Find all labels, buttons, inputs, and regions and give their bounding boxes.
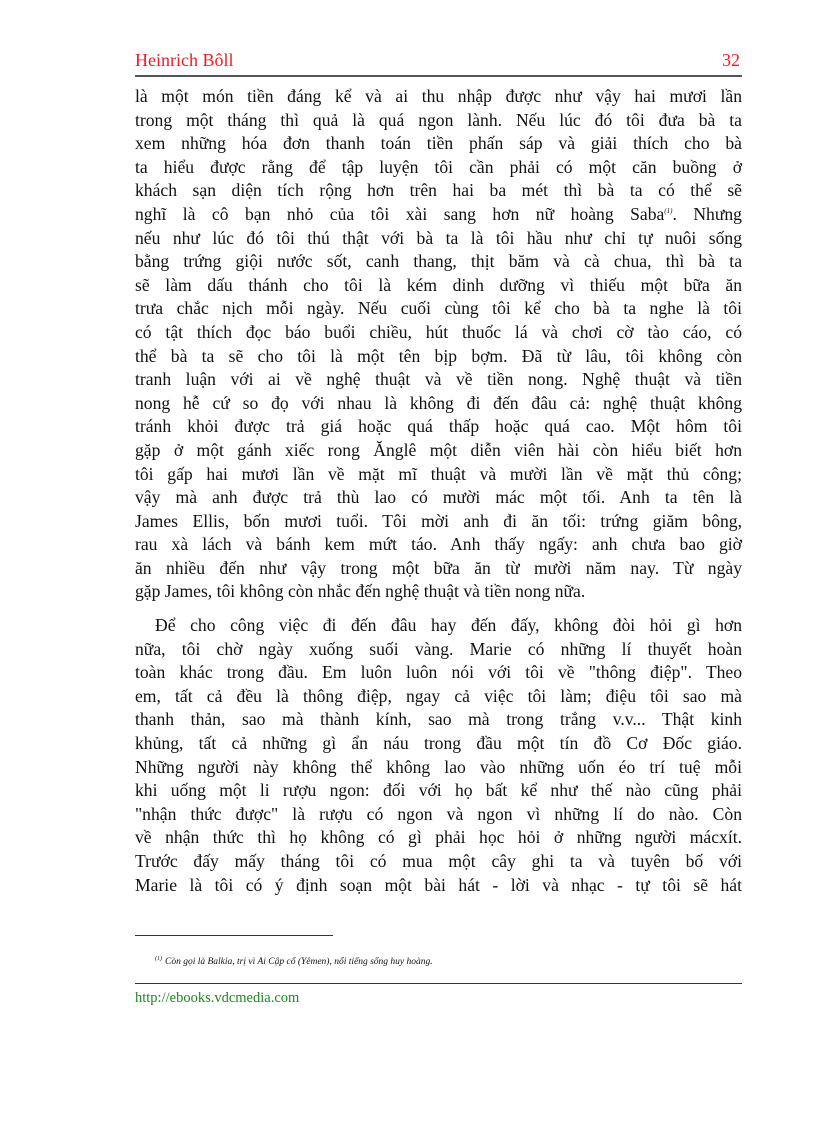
footnote-separator (135, 935, 333, 936)
text-line: có tật thích đọc báo buổi chiều, hút thu… (135, 321, 742, 345)
paragraph-1: là một món tiền đáng kể và ai thu nhập đ… (135, 85, 742, 604)
text-segment: . Nhưng (672, 204, 742, 224)
text-line: khủng, tất cả những gì ẩn náu trong đầu … (135, 732, 742, 756)
text-line: toàn khác trong đầu. Em luôn luôn nói vớ… (135, 661, 742, 685)
text-line: nong hễ cứ so đọ với nhau là không đi đế… (135, 392, 742, 416)
page-number: 32 (722, 49, 740, 71)
text-line: gặp James, tôi không còn nhắc đến nghệ t… (135, 580, 742, 604)
text-line: bằng trứng giội nước sốt, canh thang, th… (135, 250, 742, 274)
text-line: trong một tháng thì quả là quá ngon lành… (135, 109, 742, 133)
text-line: em, tất cả đều là thông điệp, ngay cả vi… (135, 685, 742, 709)
footer-rule (135, 983, 742, 984)
text-line-with-footnote: nghĩ là cô bạn nhỏ của tôi xài sang hơn … (135, 203, 742, 227)
footnote: (1)Còn gọi là Balkia, trị vì Ai Cập cổ (… (155, 955, 433, 969)
text-line: thanh thản, sao mà thành kính, sao mà tr… (135, 708, 742, 732)
text-segment: nghĩ là cô bạn nhỏ của tôi xài sang hơn … (135, 204, 664, 224)
text-line: tránh khỏi được trả giá hoặc quá thấp ho… (135, 415, 742, 439)
text-line: ta hiểu được rằng để tập luyện tôi cần p… (135, 156, 742, 180)
footnote-marker: (1) (155, 956, 162, 962)
text-line: nếu như lúc đó tôi thú thật với bà ta là… (135, 227, 742, 251)
text-line: James Ellis, bốn mươi tuổi. Tôi mời anh … (135, 510, 742, 534)
text-line: tôi gấp hai mươi lần về mặt mĩ thuật và … (135, 463, 742, 487)
body-text: là một món tiền đáng kể và ai thu nhập đ… (135, 85, 742, 897)
text-line: khách sạn diện tích rộng hơn trên hai ba… (135, 179, 742, 203)
text-line: về nhận thức thì họ không có gì phải học… (135, 826, 742, 850)
text-line: tranh luận với ai về nghệ thuật và về ti… (135, 368, 742, 392)
footnote-text: Còn gọi là Balkia, trị vì Ai Cập cổ (Yêm… (165, 957, 433, 967)
text-line: trưa chắc nịch mỗi ngày. Nếu cuối cùng t… (135, 297, 742, 321)
footer-link[interactable]: http://ebooks.vdcmedia.com (135, 989, 299, 1007)
text-line: thể bà ta sẽ cho tôi là một tên bịp bợm.… (135, 345, 742, 369)
text-line: Để cho công việc đi đến đâu hay đến đấy,… (135, 614, 742, 638)
header-rule (135, 75, 742, 77)
text-line: gặp ở một gánh xiếc rong Ănglê một diễn … (135, 439, 742, 463)
text-line: "nhận thức được" là rượu có ngon và ngon… (135, 803, 742, 827)
text-line: khi uống một li rượu ngon: đối với họ bấ… (135, 779, 742, 803)
text-line: là một món tiền đáng kể và ai thu nhập đ… (135, 85, 742, 109)
text-line: ăn nhiều đến như vậy trong một bữa ăn từ… (135, 557, 742, 581)
text-line: Marie là tôi có ý định soạn một bài hát … (135, 874, 742, 898)
text-line: sẽ làm dấu thánh cho tôi là kém dinh dưỡ… (135, 274, 742, 298)
text-line: Những người này không thể không lao vào … (135, 756, 742, 780)
text-line: xem những hóa đơn thanh toán tiền phấn s… (135, 132, 742, 156)
header-author: Heinrich Bôll (135, 49, 233, 71)
text-line: vậy mà anh được trả thù lao có mười mác … (135, 486, 742, 510)
text-line: nữa, tôi chờ ngày xuống suối vàng. Marie… (135, 638, 742, 662)
text-line: rau xà lách và bánh kem mứt táo. Anh thấ… (135, 533, 742, 557)
text-line: Trước đấy mấy tháng tôi có mua một cây g… (135, 850, 742, 874)
paragraph-2: Để cho công việc đi đến đâu hay đến đấy,… (135, 614, 742, 897)
document-page: Heinrich Bôll 32 là một món tiền đáng kể… (0, 0, 816, 1123)
running-header: Heinrich Bôll 32 (135, 49, 740, 71)
